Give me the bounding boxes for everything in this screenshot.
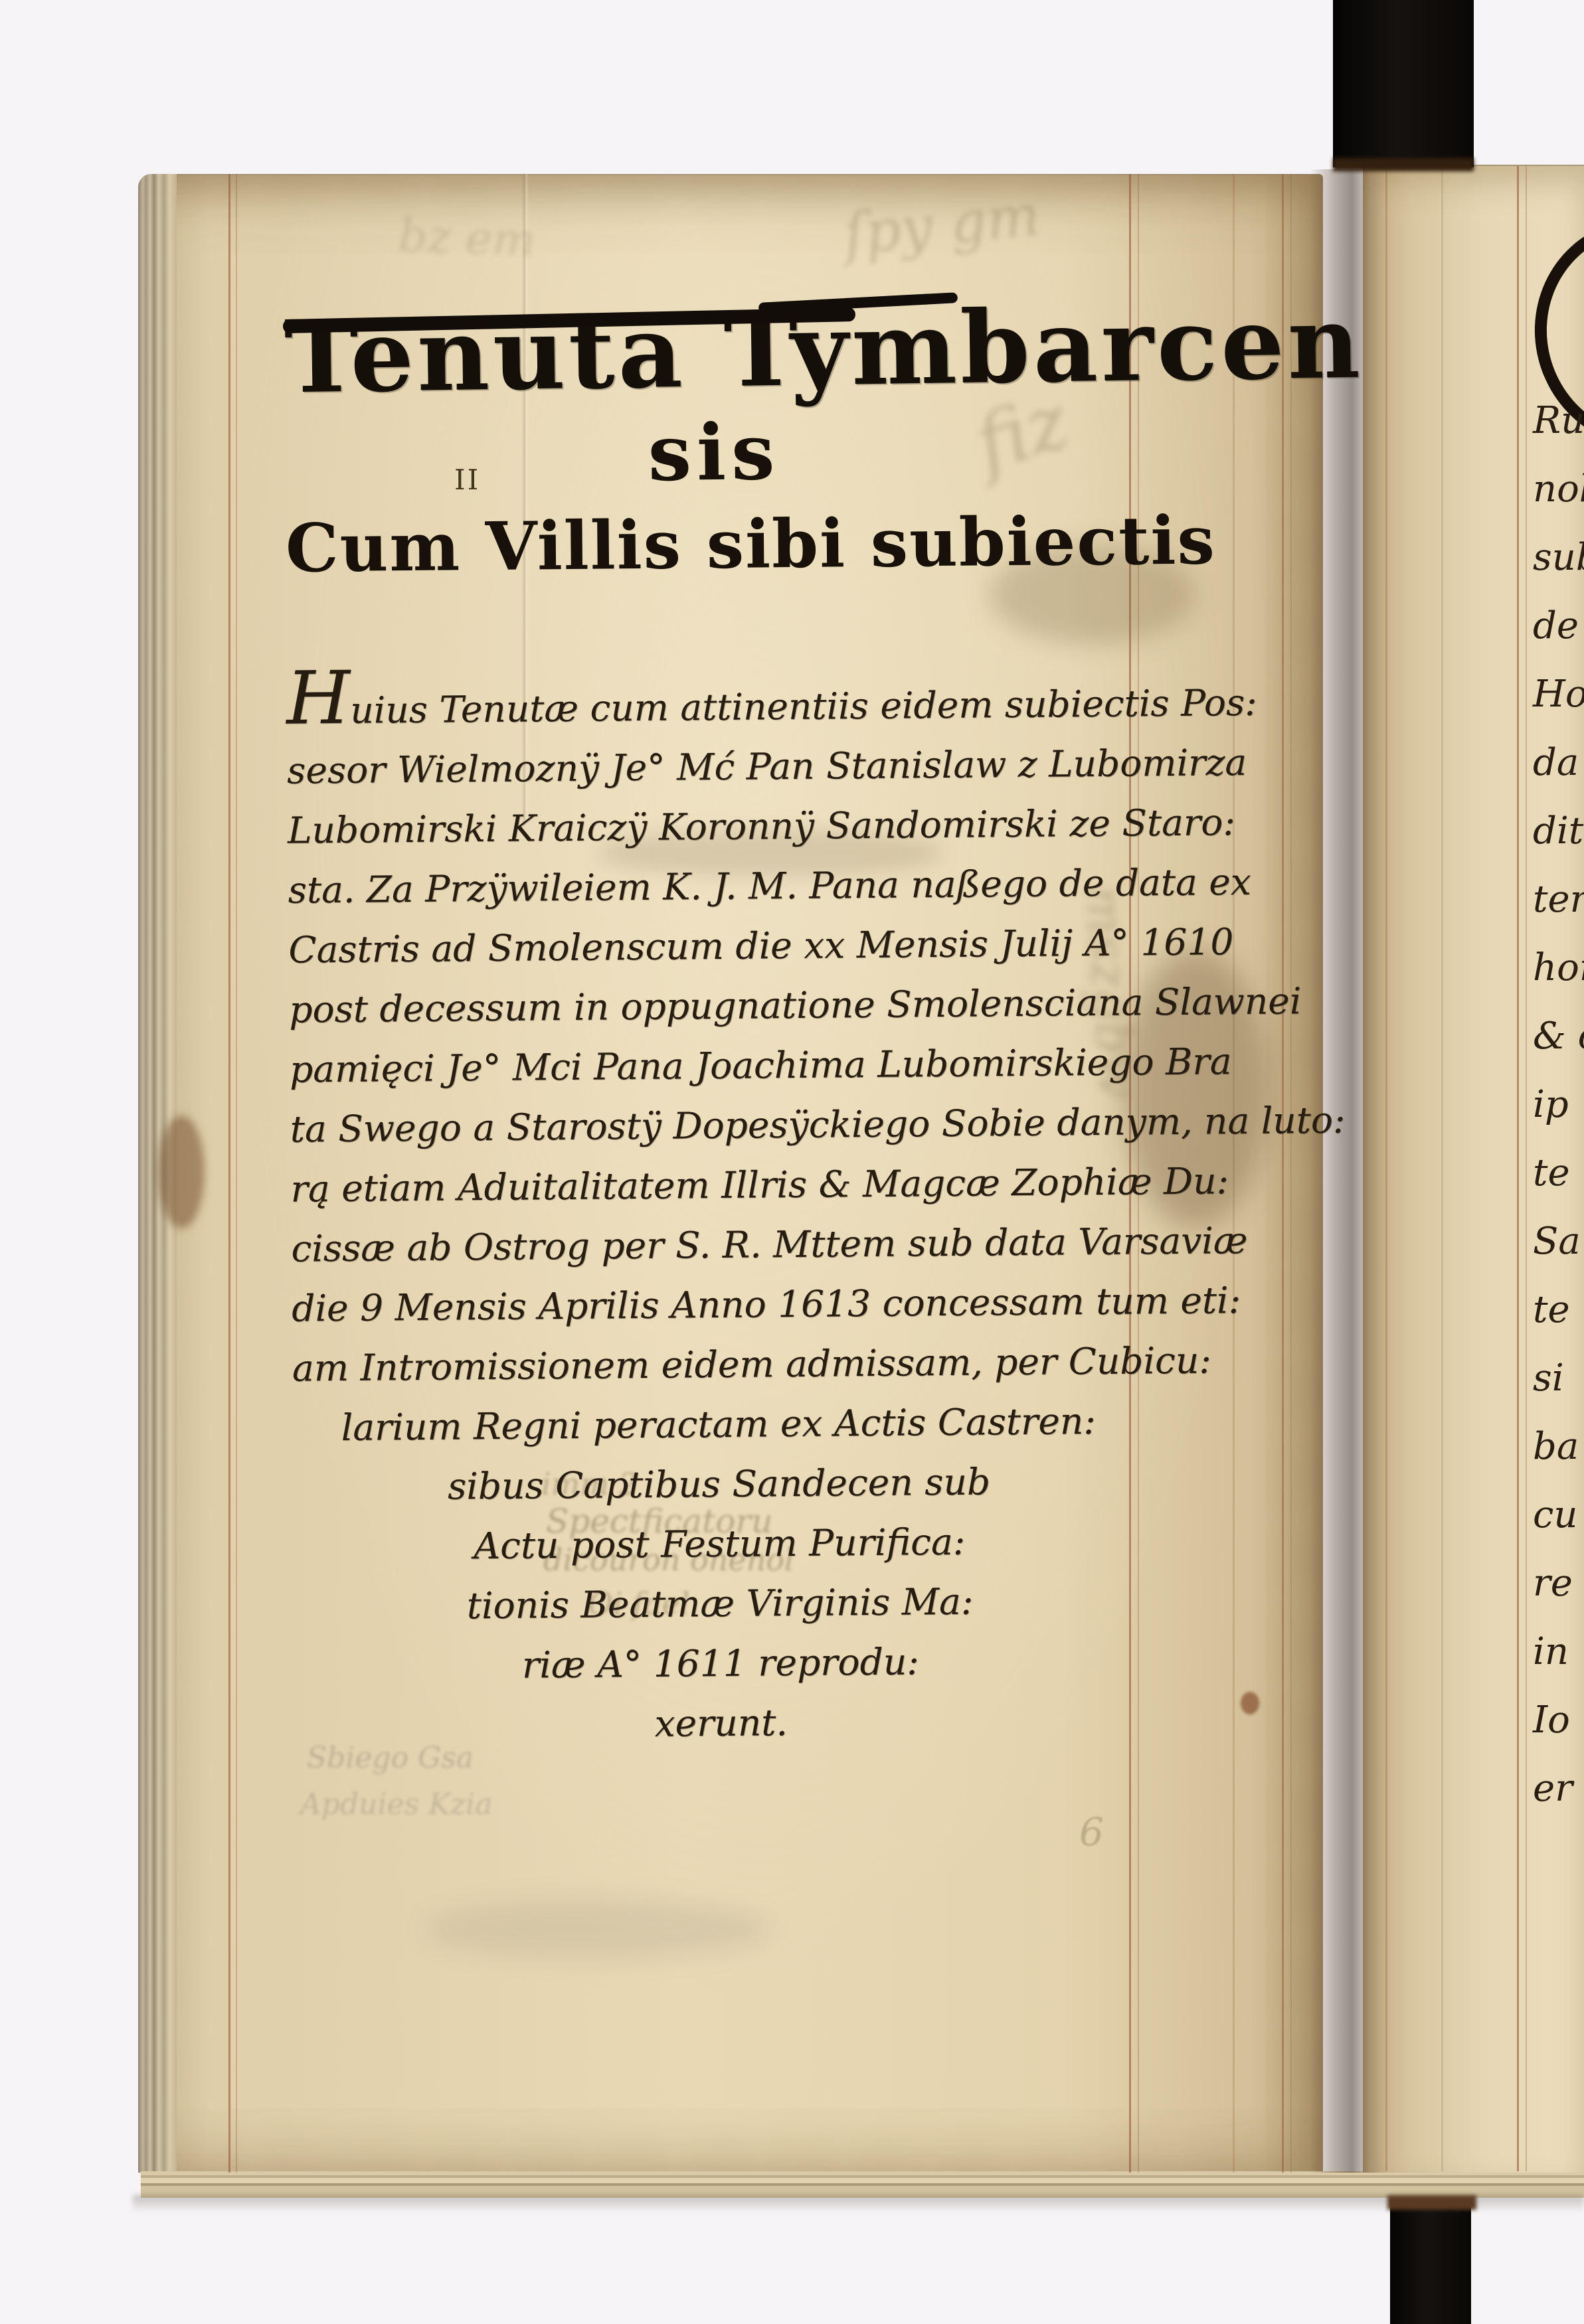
fragment-line: cu [1533,1481,1584,1549]
body-text: Huius Tenutæ cum attinentiis eidem subie… [286,673,1147,1756]
body-line: sesor Wielmoznÿ Je° Mć Pan Stanislaw z L… [287,733,1139,800]
right-page-fragments: Runobsubde dHoldadittemhom& cipteSatesib… [1533,386,1584,1823]
body-line: riæ A° 1611 reprodu: [295,1629,1147,1697]
ruling-line [1517,166,1519,2171]
bleed-text: 6 [1079,1809,1104,1855]
fragment-line: ba [1533,1412,1584,1481]
fragment-line: si [1533,1344,1584,1412]
fragment-line: te [1533,1276,1584,1344]
book-bottom-edge [141,2171,1584,2198]
stain [425,1899,770,1959]
fragment-line: Ru [1533,386,1584,455]
body-line: rą etiam Aduitalitatem Illris & Magcæ Zo… [290,1151,1142,1218]
body-line: Actu post Festum Purifica: [294,1510,1146,1577]
stain [1241,1692,1259,1714]
fragment-line: tem [1533,865,1584,934]
fragment-line: de d [1533,592,1584,660]
fragment-line: ip [1533,1070,1584,1139]
binding-strap-top [1333,0,1474,167]
body-line: sta. Za Przÿwileiem K. J. M. Pana naßego… [288,853,1140,920]
ruling-line [1385,166,1387,2171]
fragment-line: Io [1533,1686,1584,1754]
fragment-line: Hol [1533,660,1584,728]
body-line: xerunt. [295,1689,1147,1756]
fragment-line: in [1533,1618,1584,1686]
body-line: ta Swego a Starostÿ Dopesÿckiego Sobie d… [290,1092,1142,1159]
bleed-text: Apduies Kzia [300,1787,492,1821]
ruling-line [1290,174,1292,2173]
body-line: pamięci Je° Mci Pana Joachima Lubomirski… [290,1032,1142,1099]
fragment-line: nob [1533,455,1584,523]
body-line: die 9 Mensis Aprilis Anno 1613 concessam… [292,1271,1144,1338]
scanned-manuscript-photo: ſpy gmbz emfizmszgbwimm 2Spectficatorudi… [0,0,1584,2324]
ruling-line [228,174,230,2173]
fragment-line: te [1533,1139,1584,1207]
ruling-line [236,174,237,2173]
ruling-line [1441,166,1443,2171]
body-line: larium Regni peractam ex Actis Castren: [292,1390,1144,1457]
fragment-line: re [1533,1549,1584,1618]
fragment-line: hom [1533,934,1584,1002]
body-line: Huius Tenutæ cum attinentiis eidem subie… [286,673,1138,740]
page-title-line2: sis [285,410,1142,496]
body-line: Castris ad Smolenscum die xx Mensis Juli… [288,912,1140,979]
fragment-line: sub [1533,523,1584,592]
fragment-line: dit [1533,797,1584,865]
ruling-line [1526,166,1527,2171]
body-line: tionis Beatmæ Virginis Ma: [294,1570,1146,1637]
page-title-line3: Cum Villis sibi subiectis [286,507,1143,581]
fragment-line: & c [1533,1002,1584,1070]
body-line: am Intromissionem eidem admissam, per Cu… [292,1331,1144,1398]
binding-strap-bottom [1390,2199,1471,2324]
stain [158,1116,205,1228]
book-shadow [133,2195,1584,2212]
body-line: Lubomirski Kraiczÿ Koronnÿ Sandomirski z… [288,793,1140,860]
body-line: sibus Captibus Sandecen sub [293,1450,1145,1517]
ruling-line [1282,174,1284,2173]
gutter-fold [1310,169,1387,2173]
body-line: cissæ ab Ostrog per S. R. Mttem sub data… [291,1211,1143,1278]
fragment-line: er [1533,1754,1584,1823]
fragment-line: Sa [1533,1207,1584,1276]
body-line: post decessum in oppugnatione Smolenscia… [289,972,1141,1039]
bleed-text: bz em [398,210,536,267]
fragment-line: da [1533,728,1584,797]
